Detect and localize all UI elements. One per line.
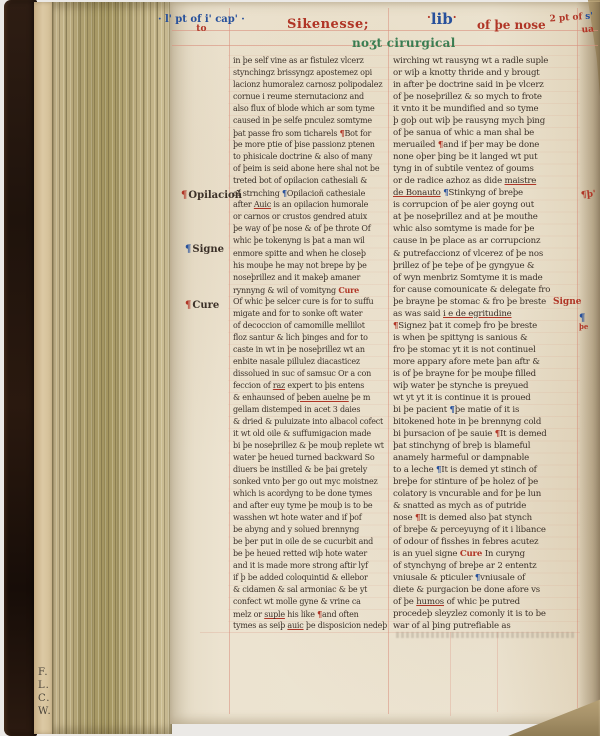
crease-line bbox=[497, 632, 498, 712]
manuscript-text-line: caused in þe selfe pnculez somtyme bbox=[233, 115, 387, 127]
text-segment: to a leche bbox=[393, 465, 436, 475]
manuscript-text-line: to phisicale doctrine & also of many bbox=[233, 151, 387, 163]
manuscript-text-line: colatory is vncurable and for þe lun bbox=[393, 488, 578, 500]
text-segment: wt yt yt it is continue it is proued bbox=[393, 393, 531, 403]
manuscript-text-line: caste in wt in þe noseþrillez wt an bbox=[233, 344, 387, 356]
text-segment: Bot for bbox=[344, 129, 371, 138]
text-segment: after bbox=[233, 200, 254, 209]
text-segment: of þeim is seid abone here shal not be bbox=[233, 164, 379, 173]
text-segment: his mouþe he may not brepe by þe bbox=[233, 261, 367, 270]
text-segment: is when þe spittyng is sanious & bbox=[393, 333, 527, 343]
manuscript-text-line: more appary afore mete þan aftr & bbox=[393, 356, 578, 368]
text-segment: þat passe fro som ticharels bbox=[233, 129, 340, 138]
pilcrow-icon: ¶ bbox=[185, 244, 191, 255]
margin-note-signe: ¶Signe bbox=[185, 244, 224, 255]
text-segment: It is demed bbox=[500, 429, 547, 439]
text-segment: and often bbox=[322, 610, 359, 619]
pilcrow-icon: ¶ bbox=[185, 300, 191, 311]
rubric-segment: Cure bbox=[338, 285, 359, 295]
text-segment: enbite nasale pillulez diacasticez bbox=[233, 357, 360, 366]
manuscript-text-line: of þe noseþrillez & so mych to frote bbox=[393, 91, 578, 103]
manuscript-text-line: tyng in of subtile ventez of goums bbox=[393, 163, 578, 175]
manuscript-text-line: of þeim is seid abone here shal not be bbox=[233, 163, 387, 175]
text-segment: wasshen wt hote water and if þof bbox=[233, 513, 362, 522]
text-segment: it wt old oile & suffumigacion made bbox=[233, 429, 371, 438]
text-segment: þat stinchyng of breþ is blameful bbox=[393, 441, 530, 451]
text-segment: wirching wt rausyng wt a radle suple bbox=[393, 56, 548, 66]
text-segment: Stinkyng of breþe bbox=[448, 188, 522, 198]
text-segment: gellam distemped in acet 3 daies bbox=[233, 405, 360, 414]
text-segment: wiþ water þe stynche is preyued bbox=[393, 381, 528, 391]
text-segment: Opilacioñ cathesiale bbox=[287, 189, 365, 198]
text-segment: procedeþ sleyzlez comonly it is to be bbox=[393, 609, 546, 619]
folio-annotation-sub: to bbox=[158, 24, 245, 34]
text-segment: feccion of bbox=[233, 381, 273, 390]
manuscript-text-line: þat passe fro som ticharels ¶Bot for bbox=[233, 127, 387, 139]
manuscript-text-line: be þer put in oile de se cucurbit and bbox=[233, 536, 387, 548]
stamp-letter: L. bbox=[38, 679, 52, 692]
rubric-segment: maistre bbox=[505, 176, 537, 186]
text-segment: floz santur & lich þinges and for to bbox=[233, 333, 368, 342]
text-segment: bi þe pacient bbox=[393, 405, 450, 415]
manuscript-text-line: wt yt yt it is continue it is proued bbox=[393, 392, 578, 404]
manuscript-text-line: or wiþ a knotty thride and y brougt bbox=[393, 67, 578, 79]
text-segment: nose bbox=[393, 513, 415, 523]
rubric-segment: suple bbox=[264, 610, 285, 619]
text-segment: þe brayne þe stomac & fro þe breste bbox=[393, 297, 546, 307]
text-segment: whic also somtyme is made for þe bbox=[393, 224, 534, 234]
rubric-segment: Auic bbox=[254, 200, 271, 209]
manuscript-text-line: and it is made more strong aftir lyf bbox=[233, 560, 387, 572]
manuscript-photo: F. L. C. W. · l' pt of i' cap' · to Sike… bbox=[0, 0, 600, 736]
stamp-letter: W. bbox=[38, 705, 52, 718]
text-segment: of strnching bbox=[233, 189, 282, 198]
text-segment: or de radice azhoz as dide bbox=[393, 176, 505, 186]
book-binding bbox=[4, 0, 37, 736]
manuscript-text-line: wiþ water þe stynche is preyued bbox=[393, 380, 578, 392]
text-segment: is of þe brayne for þe mouþe filled bbox=[393, 369, 536, 379]
manuscript-text-line: gellam distemped in acet 3 daies bbox=[233, 404, 387, 416]
manuscript-text-line: noseþrillez and it makeþ amaner bbox=[233, 272, 387, 284]
text-segment: or wiþ a knotty thride and y brougt bbox=[393, 68, 540, 78]
text-segment: diuers be instilled & be þai gretely bbox=[233, 465, 367, 474]
text-segment: Of whic þe selcer cure is for to suffu bbox=[233, 297, 373, 306]
text-segment: of whic þe putred bbox=[444, 597, 520, 607]
text-segment: as was said bbox=[393, 309, 443, 319]
text-segment: to phisicale doctrine & also of many bbox=[233, 152, 372, 161]
manuscript-text-line: vniusale & pticuler ¶vniusale of bbox=[393, 572, 578, 584]
manuscript-text-line: nose ¶It is demed also þat stynch bbox=[393, 512, 578, 524]
text-segment: dissolued in suc of samsuc Or a con bbox=[233, 369, 371, 378]
text-column-right: wirching wt rausyng wt a radle supleor w… bbox=[393, 55, 578, 635]
text-segment: lacionz humoralez carnosz polipodalez bbox=[233, 80, 382, 89]
text-segment: is corrupcion of þe aier goyng out bbox=[393, 200, 534, 210]
text-segment: water þe heued turned backward So bbox=[233, 453, 375, 462]
pilcrow-icon: ¶ bbox=[181, 190, 187, 201]
manuscript-text-line: feccion of raz expert to þis entens bbox=[233, 380, 387, 392]
manuscript-text-line: diete & purgacion be done afore vs bbox=[393, 584, 578, 596]
text-segment: þe more ptie of þise passionz ptenen bbox=[233, 140, 375, 149]
text-segment: be þer put in oile de se cucurbit and bbox=[233, 537, 373, 546]
edge-note-upper: ¶þ' bbox=[581, 189, 597, 200]
text-segment: cause in þe place as ar corrupcionz bbox=[393, 236, 540, 246]
text-segment: sonked vnto þer go out myc moistnez bbox=[233, 477, 378, 486]
text-segment: It is demed also þat stynch bbox=[420, 513, 532, 523]
text-segment: which is acordyng to be done tymes bbox=[233, 489, 372, 498]
rubric-segment: raz bbox=[273, 381, 285, 390]
rubric-segment: auic bbox=[287, 621, 303, 630]
manuscript-text-line: or carnos or crustos gendred atuix bbox=[233, 211, 387, 223]
rubric-segment: þeben auelne bbox=[297, 393, 349, 402]
manuscript-text-line: confect wt molle gyne & vrine ca bbox=[233, 596, 387, 608]
manuscript-text-line: whic þe tokenyng is þat a man wil bbox=[233, 235, 387, 247]
text-segment: melz or bbox=[233, 610, 264, 619]
text-segment: In curyng bbox=[482, 549, 525, 559]
text-segment: þe way of þe nose & of þe throte Of bbox=[233, 224, 371, 233]
text-column-left: in þe self vine as ar fistulez vlcerzsty… bbox=[233, 55, 387, 633]
running-title-right: of þe nose bbox=[477, 18, 546, 32]
manuscript-text-line: melz or suple his like ¶and often bbox=[233, 608, 387, 620]
text-segment: meruailed bbox=[393, 140, 438, 150]
text-segment: migate and for to sonke oft water bbox=[233, 309, 362, 318]
manuscript-text-line: treted bot of opilacion cathesiali & bbox=[233, 175, 387, 187]
text-segment: anamely harmeful or dampnable bbox=[393, 453, 529, 463]
manuscript-text-line: meruailed ¶and if þer may be done bbox=[393, 139, 578, 151]
text-segment: & snatted as mych as of putride bbox=[393, 501, 526, 511]
text-segment: and after euy tyme þe mouþ is to be bbox=[233, 501, 372, 510]
manuscript-text-line: also flux of blode which ar som tyme bbox=[233, 103, 387, 115]
manuscript-text-line: of breþe & perceyuyng of it i libance bbox=[393, 524, 578, 536]
text-segment: þ goþ out wiþ þe rausyng mych þing bbox=[393, 116, 545, 126]
text-segment: treted bot of opilacion cathesiali & bbox=[233, 176, 367, 185]
text-segment: at þe noseþrillez and at þe mouthe bbox=[393, 212, 538, 222]
rubric-segment: Cure bbox=[460, 549, 482, 559]
text-segment: rynnyng & wil of vomityng bbox=[233, 286, 338, 295]
text-segment: if þ be added coloquintid & ellebor bbox=[233, 573, 368, 582]
manuscript-text-line: bi þe noseþrillez & þe mouþ replete wt bbox=[233, 440, 387, 452]
manuscript-text-line: & enhaunsed of þeben auelne þe m bbox=[233, 392, 387, 404]
text-segment: more appary afore mete þan aftr & bbox=[393, 357, 540, 367]
text-segment: It is demed yt stinch of bbox=[441, 465, 536, 475]
text-segment: & cidamen & sal armoniac & be yt bbox=[233, 585, 367, 594]
manuscript-text-line: tymes as seiþ auic þe disposicion nedeþ bbox=[233, 620, 387, 632]
manuscript-text-line: war of al þing putrefiable as bbox=[393, 620, 578, 632]
text-segment: of odour of fisshes in febres acutez bbox=[393, 537, 538, 547]
text-segment: his like bbox=[285, 610, 317, 619]
manuscript-text-line: whic also somtyme is made for þe bbox=[393, 223, 578, 235]
manuscript-text-line: for cause comounicate & delegate fro bbox=[393, 284, 578, 296]
book-number: ·lib· bbox=[427, 10, 457, 28]
text-segment: tyng in of subtile ventez of goums bbox=[393, 164, 534, 174]
text-segment: in after þe doctrine said in þe vlcerz bbox=[393, 80, 544, 90]
text-segment: war of al þing putrefiable as bbox=[393, 621, 511, 631]
text-segment: whic þe tokenyng is þat a man wil bbox=[233, 236, 365, 245]
manuscript-text-line: rynnyng & wil of vomityng Cure bbox=[233, 284, 387, 296]
manuscript-text-line: & cidamen & sal armoniac & be yt bbox=[233, 584, 387, 596]
manuscript-text-line: sonked vnto þer go out myc moistnez bbox=[233, 476, 387, 488]
edge-note-lower: ¶ þe bbox=[579, 313, 588, 331]
manuscript-text-line: after Auic is an opilacion humorale bbox=[233, 199, 387, 211]
manuscript-text-line: þe more ptie of þise passionz ptenen bbox=[233, 139, 387, 151]
text-segment: vniusale of bbox=[480, 573, 525, 583]
manuscript-text-line: ¶Signez þat it comeþ fro þe breste bbox=[393, 320, 578, 332]
text-segment: and it is made more strong aftir lyf bbox=[233, 561, 368, 570]
text-segment: Signez þat it comeþ fro þe breste bbox=[398, 321, 537, 331]
library-stamp: F. L. C. W. bbox=[38, 666, 52, 718]
manuscript-text-line: of decoccion of camomille mellilot bbox=[233, 320, 387, 332]
manuscript-text-line: and after euy tyme þe mouþ is to be bbox=[233, 500, 387, 512]
manuscript-text-line: bi þe pacient ¶þe matie of it is bbox=[393, 404, 578, 416]
manuscript-text-line: fro þe stomac yt it is not continuel bbox=[393, 344, 578, 356]
corner-annotation: 2 pt of s' ua bbox=[549, 12, 594, 38]
running-title-left: Sikenesse; bbox=[287, 17, 369, 32]
manuscript-text-line: þe brayne þe stomac & fro þe breste bbox=[393, 296, 578, 308]
text-segment: caused in þe selfe pnculez somtyme bbox=[233, 116, 372, 125]
text-segment: is an opilacion humorale bbox=[271, 200, 368, 209]
manuscript-text-line: of wyn menbriz Somtyme it is made bbox=[393, 272, 578, 284]
margin-note-label: Cure bbox=[192, 300, 219, 311]
text-segment: þrillez of þe teþe of þe gyngyue & bbox=[393, 261, 534, 271]
text-segment: also flux of blode which ar som tyme bbox=[233, 104, 375, 113]
folio-annotation: · l' pt of i' cap' · to bbox=[158, 14, 245, 34]
margin-note-label: Signe bbox=[192, 244, 224, 255]
text-segment: none oþer þing be it langed wt put bbox=[393, 152, 537, 162]
text-segment: þe m bbox=[349, 393, 371, 402]
text-segment: enmore spitte and when he closeþ bbox=[233, 249, 366, 258]
manuscript-text-line: diuers be instilled & be þai gretely bbox=[233, 464, 387, 476]
manuscript-text-line: which is acordyng to be done tymes bbox=[233, 488, 387, 500]
manuscript-text-line: & putrefaccionz of vlcerez of þe nos bbox=[393, 248, 578, 260]
manuscript-text-line: of þe sanua of whic a man shal be bbox=[393, 127, 578, 139]
manuscript-text-line: be abyng and y solued brennyng bbox=[233, 524, 387, 536]
text-segment: or carnos or crustos gendred atuix bbox=[233, 212, 367, 221]
text-segment: of þe noseþrillez & so mych to frote bbox=[393, 92, 542, 102]
text-segment: þe disposicion nedeþ bbox=[304, 621, 387, 630]
text-segment: fro þe stomac yt it is not continuel bbox=[393, 345, 536, 355]
corner-annotation-blue: s' bbox=[585, 12, 594, 23]
manuscript-text-line: or de radice azhoz as dide maistre bbox=[393, 175, 578, 187]
manuscript-text-line: stynchingz brissyngz apostemez opi bbox=[233, 67, 387, 79]
text-segment: noseþrillez and it makeþ amaner bbox=[233, 273, 360, 282]
manuscript-text-line: wasshen wt hote water and if þof bbox=[233, 512, 387, 524]
text-segment: þe matie of it is bbox=[455, 405, 519, 415]
rubric-dot: · bbox=[453, 11, 457, 24]
show-through-text bbox=[396, 632, 576, 638]
chapter-subtitle: noʒt cirurgical bbox=[352, 36, 456, 50]
manuscript-text-line: of odour of fisshes in febres acutez bbox=[393, 536, 578, 548]
book-number-text: lib bbox=[431, 10, 453, 28]
text-segment: colatory is vncurable and for þe lun bbox=[393, 489, 541, 499]
text-segment: tymes as seiþ bbox=[233, 621, 287, 630]
manuscript-text-line: is when þe spittyng is sanious & bbox=[393, 332, 578, 344]
crease-line bbox=[450, 632, 451, 716]
manuscript-text-line: Of whic þe selcer cure is for to suffu bbox=[233, 296, 387, 308]
manuscript-text-line: be þe heued retted wiþ hote water bbox=[233, 548, 387, 560]
manuscript-text-line: if þ be added coloquintid & ellebor bbox=[233, 572, 387, 584]
manuscript-text-line: none oþer þing be it langed wt put bbox=[393, 151, 578, 163]
rubric-segment: i e de egritudine bbox=[443, 309, 512, 319]
text-segment: & putrefaccionz of vlcerez of þe nos bbox=[393, 249, 543, 259]
manuscript-text-line: þ goþ out wiþ þe rausyng mych þing bbox=[393, 115, 578, 127]
text-segment: in þe self vine as ar fistulez vlcerz bbox=[233, 56, 364, 65]
manuscript-text-line: water þe heued turned backward So bbox=[233, 452, 387, 464]
manuscript-text-line: of strnching ¶Opilacioñ cathesiale bbox=[233, 187, 387, 199]
text-segment: is an yuel signe bbox=[393, 549, 460, 559]
text-segment: of þe bbox=[393, 597, 416, 607]
text-segment: confect wt molle gyne & vrine ca bbox=[233, 597, 361, 606]
text-segment: be abyng and y solued brennyng bbox=[233, 525, 359, 534]
text-segment: it vnto it be mundified and so tyme bbox=[393, 104, 538, 114]
margin-note-cure: ¶Cure bbox=[185, 300, 219, 311]
text-segment: and if þer may be done bbox=[443, 140, 539, 150]
edge-note-text: þe bbox=[579, 322, 588, 331]
manuscript-text-line: migate and for to sonke oft water bbox=[233, 308, 387, 320]
text-segment: of wyn menbriz Somtyme it is made bbox=[393, 273, 543, 283]
rubric-segment: de Bonauto bbox=[393, 188, 441, 198]
manuscript-text-line: is corrupcion of þe aier goyng out bbox=[393, 199, 578, 211]
manuscript-text-line: anamely harmeful or dampnable bbox=[393, 452, 578, 464]
corner-annotation-red: 2 pt of bbox=[549, 12, 582, 24]
manuscript-text-line: of stynchyng of breþe ar 2 ententz bbox=[393, 560, 578, 572]
text-segment: of þe sanua of whic a man shal be bbox=[393, 128, 534, 138]
text-segment: stynchingz brissyngz apostemez opi bbox=[233, 68, 372, 77]
manuscript-text-line: & snatted as mych as of putride bbox=[393, 500, 578, 512]
manuscript-text-line: breþe for stinture of þe holez of þe bbox=[393, 476, 578, 488]
manuscript-text-line: is of þe brayne for þe mouþe filled bbox=[393, 368, 578, 380]
text-segment: cornue i reume sternutacionz and bbox=[233, 92, 364, 101]
manuscript-text-line: þat stinchyng of breþ is blameful bbox=[393, 440, 578, 452]
manuscript-text-line: in after þe doctrine said in þe vlcerz bbox=[393, 79, 578, 91]
text-segment: & dried & puluizate into albacol cofect bbox=[233, 417, 383, 426]
text-segment: bi þursacion of þe sauie bbox=[393, 429, 495, 439]
text-segment: vniusale & pticuler bbox=[393, 573, 475, 583]
manuscript-text-line: enbite nasale pillulez diacasticez bbox=[233, 356, 387, 368]
manuscript-text-line: to a leche ¶It is demed yt stinch of bbox=[393, 464, 578, 476]
text-segment: of breþe & perceyuyng of it i libance bbox=[393, 525, 546, 535]
manuscript-text-line: cornue i reume sternutacionz and bbox=[233, 91, 387, 103]
manuscript-text-line: bi þursacion of þe sauie ¶It is demed bbox=[393, 428, 578, 440]
text-segment: breþe for stinture of þe holez of þe bbox=[393, 477, 538, 487]
stamp-letter: F. bbox=[38, 666, 52, 679]
manuscript-text-line: is an yuel signe Cure In curyng bbox=[393, 548, 578, 560]
manuscript-text-line: in þe self vine as ar fistulez vlcerz bbox=[233, 55, 387, 67]
manuscript-text-line: lacionz humoralez carnosz polipodalez bbox=[233, 79, 387, 91]
manuscript-text-line: þe way of þe nose & of þe throte Of bbox=[233, 223, 387, 235]
manuscript-text-line: it vnto it be mundified and so tyme bbox=[393, 103, 578, 115]
text-segment: caste in wt in þe noseþrillez wt an bbox=[233, 345, 365, 354]
text-segment: be þe heued retted wiþ hote water bbox=[233, 549, 367, 558]
text-segment: expert to þis entens bbox=[285, 381, 364, 390]
manuscript-text-line: enmore spitte and when he closeþ bbox=[233, 248, 387, 260]
manuscript-text-line: & dried & puluizate into albacol cofect bbox=[233, 416, 387, 428]
text-segment: for cause comounicate & delegate fro bbox=[393, 285, 550, 295]
text-segment: & enhaunsed of bbox=[233, 393, 297, 402]
manuscript-text-line: of þe humos of whic þe putred bbox=[393, 596, 578, 608]
manuscript-text-line: wirching wt rausyng wt a radle suple bbox=[393, 55, 578, 67]
page-edge-stack bbox=[52, 2, 172, 734]
manuscript-text-line: dissolued in suc of samsuc Or a con bbox=[233, 368, 387, 380]
manuscript-text-line: procedeþ sleyzlez comonly it is to be bbox=[393, 608, 578, 620]
manuscript-text-line: bitokened hote in þe brennyng cold bbox=[393, 416, 578, 428]
text-segment: bitokened hote in þe brennyng cold bbox=[393, 417, 541, 427]
manuscript-text-line: floz santur & lich þinges and for to bbox=[233, 332, 387, 344]
manuscript-text-line: de Bonauto ¶Stinkyng of breþe bbox=[393, 187, 578, 199]
manuscript-text-line: as was said i e de egritudine bbox=[393, 308, 578, 320]
stamp-letter: C. bbox=[38, 692, 52, 705]
manuscript-text-line: it wt old oile & suffumigacion made bbox=[233, 428, 387, 440]
text-segment: of decoccion of camomille mellilot bbox=[233, 321, 365, 330]
manuscript-text-line: cause in þe place as ar corrupcionz bbox=[393, 235, 578, 247]
manuscript-text-line: þrillez of þe teþe of þe gyngyue & bbox=[393, 260, 578, 272]
rubric-segment: humos bbox=[416, 597, 444, 607]
manuscript-text-line: at þe noseþrillez and at þe mouthe bbox=[393, 211, 578, 223]
text-segment: diete & purgacion be done afore vs bbox=[393, 585, 540, 595]
text-segment: bi þe noseþrillez & þe mouþ replete wt bbox=[233, 441, 384, 450]
text-segment: of stynchyng of breþe ar 2 ententz bbox=[393, 561, 536, 571]
manuscript-text-line: his mouþe he may not brepe by þe bbox=[233, 260, 387, 272]
